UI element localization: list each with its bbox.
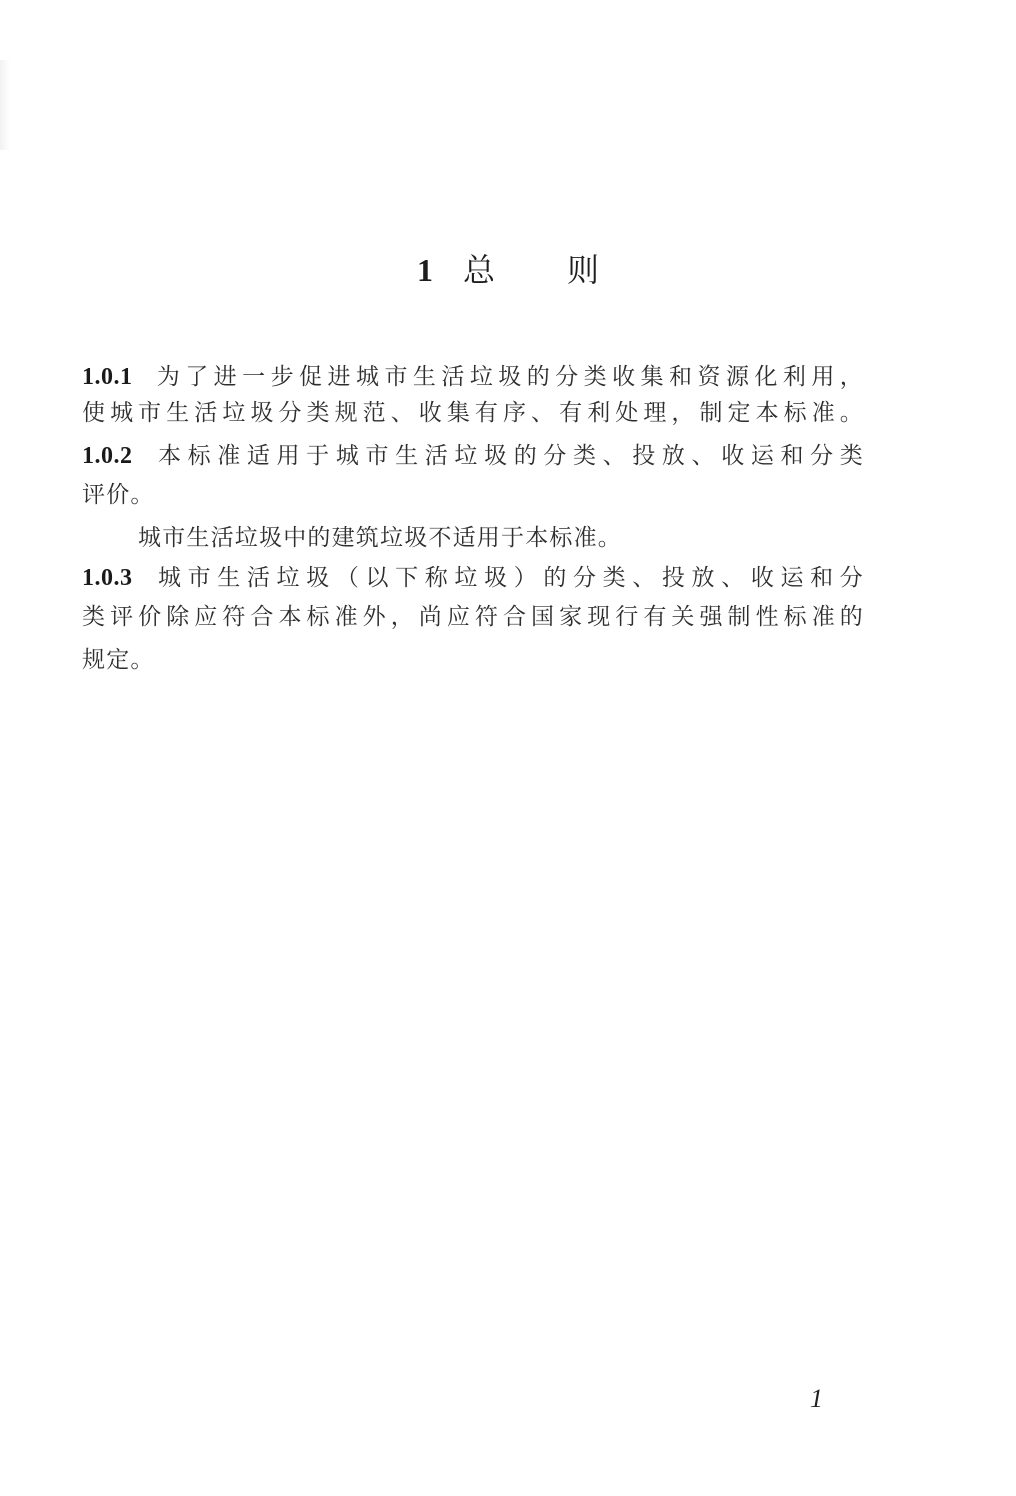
clause-number: 1.0.2 [82,443,133,469]
clause-1-0-3-line-1: 1.0.3城市生活垃圾（以下称垃圾）的分类、投放、收运和分 [82,561,864,595]
clause-number: 1.0.1 [82,364,133,390]
clause-number: 1.0.3 [82,565,133,591]
clause-text: 类评价除应符合本标准外，尚应符合国家现行有关强制性标准的 [82,604,864,630]
clause-text: 使城市生活垃圾分类规范、收集有序、有利处理，制定本标准。 [82,400,864,426]
chapter-title-char-2: 则 [567,251,599,289]
clause-text: 为了进一步促进城市生活垃圾的分类收集和资源化利用， [153,364,865,390]
clause-text: 评价。 [82,482,155,508]
chapter-title-char-1: 总 [463,251,495,289]
document-page: 1总则 1.0.1为了进一步促进城市生活垃圾的分类收集和资源化利用， 使城市生活… [0,0,1016,1496]
clause-1-0-1-line-1: 1.0.1为了进一步促进城市生活垃圾的分类收集和资源化利用， [82,360,864,394]
clause-1-0-2-line-1: 1.0.2本标准适用于城市生活垃圾的分类、投放、收运和分类 [82,439,864,473]
clause-1-0-2-line-2: 评价。 [82,478,864,512]
clause-1-0-1-line-2: 使城市生活垃圾分类规范、收集有序、有利处理，制定本标准。 [82,396,864,430]
scan-edge-shadow [0,60,10,150]
chapter-number: 1 [417,252,433,288]
clause-text: 本标准适用于城市生活垃圾的分类、投放、收运和分类 [153,443,865,469]
clause-1-0-3-line-3: 规定。 [82,643,864,677]
clause-1-0-3-line-2: 类评价除应符合本标准外，尚应符合国家现行有关强制性标准的 [82,600,864,634]
clause-1-0-2-paragraph: 城市生活垃圾中的建筑垃圾不适用于本标准。 [138,521,920,555]
page-number: 1 [810,1384,823,1414]
clause-text: 规定。 [82,647,155,673]
chapter-title: 1总则 [0,248,1016,292]
clause-text: 城市生活垃圾（以下称垃圾）的分类、投放、收运和分 [153,565,865,591]
clause-text: 城市生活垃圾中的建筑垃圾不适用于本标准。 [138,525,622,551]
